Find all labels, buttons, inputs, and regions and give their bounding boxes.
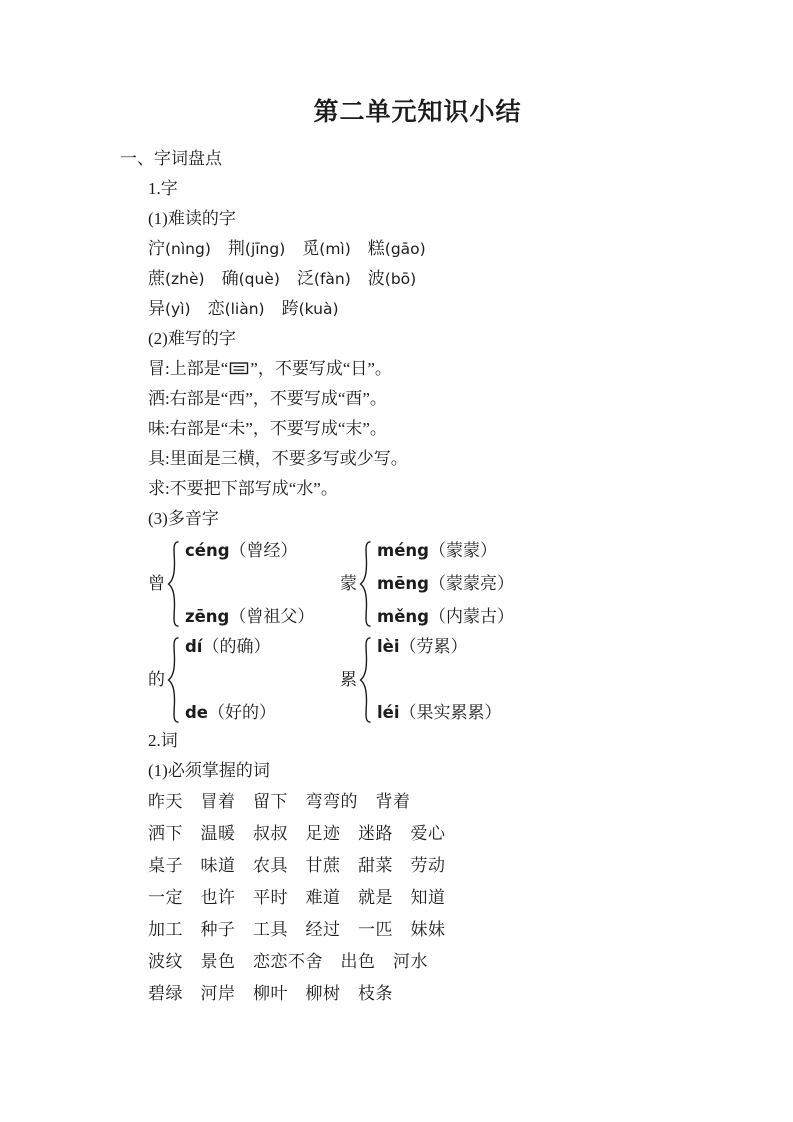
hard-write-line: 求:不要把下部写成“水”。 bbox=[148, 474, 715, 504]
hard-read-item: 泛(fàn) bbox=[297, 264, 351, 294]
brace-icon bbox=[359, 636, 371, 724]
word-row: 加工 种子 工具 经过 一匹 妹妹 bbox=[148, 914, 715, 946]
char: 泛 bbox=[297, 269, 314, 288]
pinyin: (bō) bbox=[385, 270, 416, 288]
polyphone-char: 曾 bbox=[148, 574, 165, 594]
pinyin: (fàn) bbox=[314, 270, 351, 288]
polyphone-char: 蒙 bbox=[340, 574, 357, 594]
pinyin: léi bbox=[377, 703, 400, 722]
example-word: （蒙蒙亮） bbox=[429, 574, 514, 593]
brace-icon bbox=[167, 636, 179, 724]
polyphone-groups: 曾 céng（曾经） zēng（曾祖父） 蒙 méng（蒙蒙） mēng（蒙蒙亮… bbox=[148, 538, 715, 726]
sub1-label: 1.字 bbox=[148, 174, 715, 204]
polyphone-entry: mēng（蒙蒙亮） bbox=[377, 573, 514, 595]
polyphone-entries: méng（蒙蒙） mēng（蒙蒙亮） měng（内蒙古） bbox=[377, 540, 514, 628]
pinyin: (zhè) bbox=[165, 270, 205, 288]
section-heading: 一、字词盘点 bbox=[120, 144, 715, 174]
pinyin: lèi bbox=[377, 637, 400, 656]
char: 确 bbox=[222, 269, 239, 288]
pinyin: měng bbox=[377, 607, 429, 626]
hard-read-item: 波(bō) bbox=[368, 264, 416, 294]
polyphone-entry: zēng（曾祖父） bbox=[185, 606, 314, 628]
mao-line-post: ”，不要写成“日”。 bbox=[250, 359, 392, 378]
hard-read-row: 异(yì) 恋(liàn) 跨(kuà) bbox=[148, 294, 715, 324]
char: 荆 bbox=[228, 239, 245, 258]
brace-icon bbox=[167, 540, 179, 628]
hard-read-row: 泞(nìng) 荆(jīng) 觅(mì) 糕(gāo) bbox=[148, 234, 715, 264]
example-word: （劳累） bbox=[400, 637, 468, 656]
example-word: （蒙蒙） bbox=[429, 541, 497, 560]
example-word: （曾祖父） bbox=[229, 607, 314, 626]
polyphone-entry: měng（内蒙古） bbox=[377, 606, 514, 628]
polyphone-label: (3)多音字 bbox=[148, 504, 715, 534]
hard-write-line-mao: 冒:上部是“”，不要写成“日”。 bbox=[148, 354, 715, 384]
polyphone-entry: méng（蒙蒙） bbox=[377, 540, 514, 562]
pinyin: (kuà) bbox=[299, 300, 339, 318]
pinyin: (què) bbox=[239, 270, 280, 288]
sub2-label: 2.词 bbox=[148, 726, 715, 756]
mao-line-pre: 冒:上部是“ bbox=[148, 359, 228, 378]
pinyin: (yì) bbox=[165, 300, 191, 318]
word-row: 波纹 景色 恋恋不舍 出色 河水 bbox=[148, 946, 715, 978]
pinyin: de bbox=[185, 703, 208, 722]
pinyin: zēng bbox=[185, 607, 229, 626]
pinyin: (jīng) bbox=[245, 240, 285, 258]
pinyin: (nìng) bbox=[165, 240, 211, 258]
pinyin: méng bbox=[377, 541, 429, 560]
hard-read-item: 异(yì) bbox=[148, 294, 191, 324]
polyphone-group-lei: 累 lèi（劳累） léi（果实累累） bbox=[340, 634, 514, 726]
word-row: 桌子 味道 农具 甘蔗 甜菜 劳动 bbox=[148, 850, 715, 882]
brace-icon bbox=[359, 540, 371, 628]
word-row: 一定 也许 平时 难道 就是 知道 bbox=[148, 882, 715, 914]
document-body: 第二单元知识小结 一、字词盘点 1.字 (1)难读的字 泞(nìng) 荆(jī… bbox=[0, 0, 793, 1010]
hard-read-item: 跨(kuà) bbox=[282, 294, 339, 324]
section-content: 1.字 (1)难读的字 泞(nìng) 荆(jīng) 觅(mì) 糕(gāo)… bbox=[148, 174, 715, 1010]
char: 异 bbox=[148, 299, 165, 318]
char: 波 bbox=[368, 269, 385, 288]
polyphone-entry: céng（曾经） bbox=[185, 540, 314, 562]
char: 糕 bbox=[368, 239, 385, 258]
hard-read-item: 觅(mì) bbox=[302, 234, 351, 264]
polyphone-group-zeng: 曾 céng（曾经） zēng（曾祖父） bbox=[148, 538, 340, 630]
hard-read-item: 确(què) bbox=[222, 264, 280, 294]
hard-read-row: 蔗(zhè) 确(què) 泛(fàn) 波(bō) bbox=[148, 264, 715, 294]
must-master-label: (1)必须掌握的词 bbox=[148, 756, 715, 786]
polyphone-entry: lèi（劳累） bbox=[377, 636, 502, 658]
polyphone-entry: dí（的确） bbox=[185, 636, 276, 658]
hard-read-item: 泞(nìng) bbox=[148, 234, 211, 264]
hard-write-label: (2)难写的字 bbox=[148, 324, 715, 354]
hard-write-line: 洒:右部是“西”，不要写成“酉”。 bbox=[148, 384, 715, 414]
word-row: 昨天 冒着 留下 弯弯的 背着 bbox=[148, 786, 715, 818]
char: 恋 bbox=[208, 299, 225, 318]
polyphone-char: 的 bbox=[148, 670, 165, 690]
example-word: （的确） bbox=[202, 637, 270, 656]
polyphone-char: 累 bbox=[340, 670, 357, 690]
polyphone-entry: léi（果实累累） bbox=[377, 702, 502, 724]
page-title: 第二单元知识小结 bbox=[120, 96, 715, 130]
polyphone-group-de: 的 dí（的确） de（好的） bbox=[148, 634, 340, 726]
polyphone-entry: de（好的） bbox=[185, 702, 276, 724]
pinyin: (mì) bbox=[319, 240, 351, 258]
hard-read-item: 荆(jīng) bbox=[228, 234, 285, 264]
char: 蔗 bbox=[148, 269, 165, 288]
example-word: （曾经） bbox=[230, 541, 298, 560]
example-word: （果实累累） bbox=[400, 703, 502, 722]
word-row: 碧绿 河岸 柳叶 柳树 枝条 bbox=[148, 978, 715, 1010]
example-word: （好的） bbox=[208, 703, 276, 722]
char: 跨 bbox=[282, 299, 299, 318]
document-page: 第二单元知识小结 一、字词盘点 1.字 (1)难读的字 泞(nìng) 荆(jī… bbox=[0, 0, 793, 1122]
hard-read-label: (1)难读的字 bbox=[148, 204, 715, 234]
polyphone-entries: céng（曾经） zēng（曾祖父） bbox=[185, 540, 314, 628]
example-word: （内蒙古） bbox=[429, 607, 514, 626]
pinyin: (gāo) bbox=[385, 240, 426, 258]
char: 觅 bbox=[302, 239, 319, 258]
hard-read-item: 蔗(zhè) bbox=[148, 264, 205, 294]
hard-write-line: 具:里面是三横，不要多写或少写。 bbox=[148, 444, 715, 474]
char: 泞 bbox=[148, 239, 165, 258]
mao-top-radical-icon bbox=[229, 361, 249, 375]
polyphone-entries: lèi（劳累） léi（果实累累） bbox=[377, 636, 502, 724]
pinyin: céng bbox=[185, 541, 230, 560]
polyphone-group-meng: 蒙 méng（蒙蒙） mēng（蒙蒙亮） měng（内蒙古） bbox=[340, 538, 514, 630]
pinyin: dí bbox=[185, 637, 202, 656]
hard-write-line: 味:右部是“未”，不要写成“末”。 bbox=[148, 414, 715, 444]
pinyin: mēng bbox=[377, 574, 429, 593]
polyphone-entries: dí（的确） de（好的） bbox=[185, 636, 276, 724]
word-row: 洒下 温暖 叔叔 足迹 迷路 爱心 bbox=[148, 818, 715, 850]
hard-read-item: 糕(gāo) bbox=[368, 234, 426, 264]
hard-read-item: 恋(liàn) bbox=[208, 294, 265, 324]
pinyin: (liàn) bbox=[225, 300, 265, 318]
